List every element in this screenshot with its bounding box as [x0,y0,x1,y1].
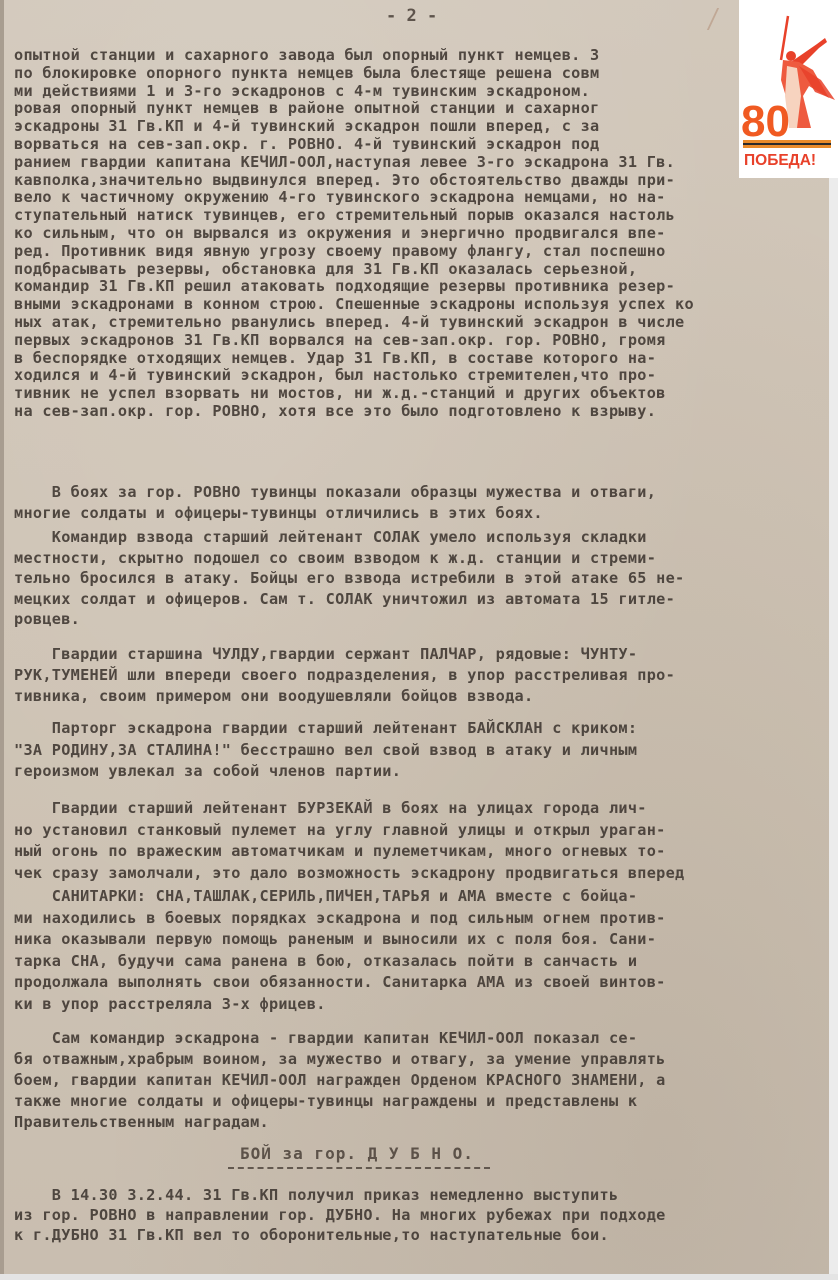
logo-number: 80 [741,97,790,146]
document-text-line: к г.ДУБНО 31 Гв.КП вел то оборонительные… [14,1225,609,1245]
handwritten-mark [707,8,741,30]
background-strip-right [829,178,838,1280]
document-text-line: ный огонь по вражеским автоматчикам и пу… [14,841,666,861]
document-text-line: ника оказывали первую помощь раненым и в… [14,929,656,949]
document-text-line: также многие солдаты и офицеры-тувинцы н… [14,1091,637,1111]
document-text-line: ки в упор расстреляла 3-х фрицев. [14,994,326,1014]
document-text-line: тарка СНА, будучи сама ранена в бою, отк… [14,951,637,971]
motherland-calls-statue-icon: 80 ПОБЕДА! [739,0,838,178]
document-text-line: Гвардии старший лейтенант БУРЗЕКАЙ в боя… [14,798,647,818]
document-text-line: Гвардии старшина ЧУЛДУ,гвардии сержант П… [14,644,637,664]
document-text-line: ми находились в боевых порядках эскадрон… [14,908,666,928]
document-text-line: Правительственным наградам. [14,1112,269,1132]
document-text-line: чек сразу замолчали, это дало возможност… [14,863,685,883]
document-text-line: мецких солдат и офицеров. Сам т. СОЛАК у… [14,589,675,609]
document-text-line: Парторг эскадрона гвардии старший лейтен… [14,718,637,738]
logo-caption: ПОБЕДА! [744,152,816,169]
document-text-line: многие солдаты и офицеры-тувинцы отличил… [14,503,543,523]
document-text-line: "ЗА РОДИНУ,ЗА СТАЛИНА!" бесстрашно вел с… [14,740,637,760]
document-text-line: Сам командир эскадрона - гвардии капитан… [14,1028,637,1048]
heading-underline [228,1167,490,1169]
document-text-line: ровцев. [14,609,80,629]
document-text-line: бя отважным,храбрым воином, за мужество … [14,1049,666,1069]
document-text-line: из гор. РОВНО в направлении гор. ДУБНО. … [14,1205,666,1225]
document-text-line: тивника, своим примером они воодушевляли… [14,686,533,706]
document-text-line: героизмом увлекал за собой членов партии… [14,761,401,781]
document-text-line: Командир взвода старший лейтенант СОЛАК … [14,527,647,547]
page-number: - 2 - [386,6,437,26]
document-text-line: РУК,ТУМЕНЕЙ шли впереди своего подраздел… [14,665,675,685]
victory-80-logo: 80 ПОБЕДА! [739,0,838,178]
background-strip-bottom [0,1274,838,1280]
document-text-line: продолжала выполнять свои обязанности. С… [14,972,666,992]
document-text-line: тельно бросился в атаку. Бойцы его взвод… [14,568,685,588]
document-text-line: В 14.30 3.2.44. 31 Гв.КП получил приказ … [14,1185,618,1205]
section-heading: БОЙ за гор. Д У Б Н О. [240,1144,474,1163]
document-text-line: САНИТАРКИ: СНА,ТАШЛАК,СЕРИЛЬ,ПИЧЕН,ТАРЬЯ… [14,886,637,906]
page-left-edge [0,0,4,1274]
document-text-line: В боях за гор. РОВНО тувинцы показали об… [14,482,656,502]
document-text-line: на сев-зап.окр. гор. РОВНО, хотя все это… [14,401,656,421]
document-text-line: но установил станковый пулемет на углу г… [14,820,666,840]
document-text-line: боем, гвардии капитан КЕЧИЛ-ООЛ награжде… [14,1070,666,1090]
typewritten-document-page: - 2 - опытной станции и сахарного завода… [0,0,829,1274]
document-text-line: местности, скрытно подошел со своим взво… [14,548,656,568]
